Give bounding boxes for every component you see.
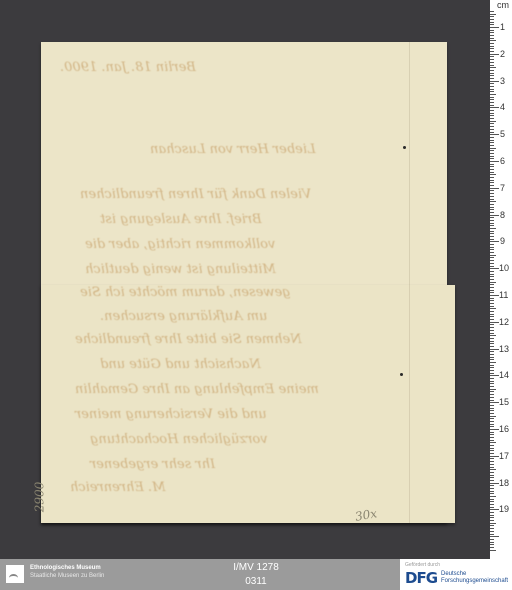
dfg-logo-icon: DFG	[405, 569, 437, 587]
ruler-tick	[490, 121, 496, 122]
ruler-tick	[490, 418, 494, 419]
ruler-tick	[490, 231, 494, 232]
ruler-tick	[490, 140, 494, 141]
ruler-tick	[490, 201, 496, 202]
ruler-tick	[490, 394, 494, 395]
handwriting-line: Vielen Dank für Ihren freundlichen	[80, 187, 311, 202]
ruler-tick	[490, 247, 494, 248]
ruler-tick	[490, 188, 499, 189]
ruler-tick	[490, 391, 494, 392]
ruler-tick	[490, 43, 494, 44]
ruler-tick	[490, 263, 494, 264]
ruler-tick	[490, 440, 494, 441]
ruler-label: 10	[499, 263, 509, 273]
ruler-tick	[490, 373, 494, 374]
ruler-tick	[490, 410, 494, 411]
ruler-tick	[490, 107, 499, 108]
handwriting-line: Lieber Herr von Luschan	[150, 142, 316, 157]
ruler-tick	[490, 531, 494, 532]
handwriting-line: vorzüglichen Hochachtung	[90, 432, 268, 447]
handwriting-line: um Aufklärung ersuchen.	[100, 309, 267, 324]
ruler-tick	[490, 367, 494, 368]
ruler-tick	[490, 164, 494, 165]
ruler-tick	[490, 217, 494, 218]
ruler-tick	[490, 94, 496, 95]
ruler-tick	[490, 343, 494, 344]
ruler-tick	[490, 182, 494, 183]
ruler-tick	[490, 223, 494, 224]
ruler-tick	[490, 83, 494, 84]
ruler-tick	[490, 215, 499, 216]
ruler-tick	[490, 501, 494, 502]
ruler-tick	[490, 370, 494, 371]
ruler-tick	[490, 319, 494, 320]
ruler-tick	[490, 40, 496, 41]
handwriting-line: gewesen, darum möchte ich Sie	[80, 285, 291, 300]
ruler-tick	[490, 158, 494, 159]
ruler-tick	[490, 528, 494, 529]
ruler-label: 9	[500, 236, 505, 246]
ruler-tick	[490, 539, 494, 540]
ruler-tick	[490, 306, 494, 307]
ruler-tick	[490, 239, 494, 240]
ruler-tick	[490, 469, 496, 470]
ruler-tick	[490, 161, 499, 162]
pencil-annotation: 2900	[32, 482, 46, 513]
ruler-tick	[490, 351, 494, 352]
ruler-tick	[490, 298, 494, 299]
handwriting-line: Brief. Ihre Auslegung ist	[100, 212, 262, 227]
ruler-tick	[490, 467, 494, 468]
ruler-tick	[490, 437, 494, 438]
ruler-tick	[490, 236, 494, 237]
ruler-tick	[490, 450, 494, 451]
dfg-name-line2: Forschungsgemeinschaft	[441, 578, 508, 584]
ruler-tick	[490, 19, 494, 20]
ruler-tick	[490, 322, 499, 323]
ruler-tick	[490, 51, 494, 52]
handwriting-line: Mitteilung ist wenig deutlich	[85, 262, 276, 277]
ruler-tick	[490, 461, 494, 462]
ruler-tick	[490, 525, 494, 526]
ruler-tick	[490, 129, 494, 130]
ruler-tick	[490, 333, 494, 334]
ruler-tick	[490, 166, 494, 167]
ink-dot	[403, 146, 406, 149]
ruler-tick	[490, 199, 494, 200]
ruler-tick	[490, 517, 494, 518]
ruler-tick	[490, 386, 494, 387]
ruler-tick	[490, 75, 494, 76]
ruler-tick	[490, 375, 499, 376]
ruler-tick	[490, 193, 494, 194]
ruler-tick	[490, 172, 494, 173]
ruler-tick	[490, 314, 494, 315]
ruler-tick	[490, 73, 494, 74]
ruler-label: 5	[500, 129, 505, 139]
ruler-tick	[490, 145, 494, 146]
ruler-tick	[490, 228, 496, 229]
ruler-tick	[490, 14, 496, 15]
dfg-name: Deutsche Forschungsgemeinschaft	[441, 571, 508, 585]
ruler-tick	[490, 295, 499, 296]
ruler-tick	[490, 448, 494, 449]
handwriting-line: meine Empfehlung an Ihre Gemahlin	[75, 382, 319, 397]
ruler-tick	[490, 255, 496, 256]
ruler-tick	[490, 290, 494, 291]
ruler-tick	[490, 303, 494, 304]
handwriting-line: und die Versicherung meiner	[75, 407, 267, 422]
ruler-tick	[490, 287, 494, 288]
ruler-tick	[490, 244, 494, 245]
ruler-tick	[490, 534, 494, 535]
dfg-name-line1: Deutsche	[441, 571, 466, 577]
ruler-tick	[490, 78, 494, 79]
ruler-tick	[490, 30, 494, 31]
ruler-tick	[490, 132, 494, 133]
ruler-tick	[490, 327, 494, 328]
handwriting-line: Berlin 18. Jan. 1900.	[60, 60, 196, 75]
ruler-tick	[490, 357, 494, 358]
ruler-tick	[490, 190, 494, 191]
ruler-label: 13	[499, 344, 509, 354]
ruler-tick	[490, 416, 496, 417]
ruler-tick	[490, 464, 494, 465]
ruler-tick	[490, 81, 499, 82]
ruler-tick	[490, 99, 494, 100]
ruler-tick	[490, 504, 494, 505]
ruler-tick	[490, 260, 494, 261]
ruler-tick	[490, 274, 494, 275]
ruler-tick	[490, 496, 496, 497]
ruler-label: 1	[500, 22, 505, 32]
ruler-label: 11	[499, 290, 508, 300]
ruler-tick	[490, 488, 494, 489]
ruler-tick	[490, 123, 494, 124]
ruler-tick	[490, 402, 499, 403]
ruler-label: 15	[499, 397, 509, 407]
ruler-tick	[490, 477, 494, 478]
ruler-tick	[490, 515, 494, 516]
ruler-tick	[490, 544, 494, 545]
ruler-tick	[490, 32, 494, 33]
ruler-tick	[490, 349, 499, 350]
ruler-tick	[490, 397, 494, 398]
ruler-tick	[490, 453, 494, 454]
ruler-tick	[490, 408, 494, 409]
ruler-tick	[490, 134, 499, 135]
ruler-tick	[490, 282, 496, 283]
dfg-panel: Gefördert durch DFG Deutsche Forschungsg…	[400, 559, 512, 590]
ruler-tick	[490, 97, 494, 98]
ink-dot	[400, 373, 403, 376]
ruler-tick	[490, 442, 496, 443]
ruler-tick	[490, 174, 496, 175]
ruler-tick	[490, 212, 494, 213]
ruler-tick	[490, 456, 499, 457]
ruler-tick	[490, 300, 494, 301]
ruler-tick	[490, 523, 496, 524]
ruler-tick	[490, 70, 494, 71]
ruler-tick	[490, 335, 496, 336]
ruler-tick	[490, 150, 494, 151]
ruler-tick	[490, 11, 494, 12]
ruler-tick	[490, 207, 494, 208]
ruler-tick	[490, 54, 499, 55]
ruler-tick	[490, 137, 494, 138]
ruler-tick	[490, 148, 496, 149]
ruler-tick	[490, 536, 499, 537]
ruler-tick	[490, 292, 494, 293]
ruler-tick	[490, 241, 499, 242]
ruler-tick	[490, 118, 494, 119]
ruler-label: 18	[499, 478, 509, 488]
ruler-tick	[490, 472, 494, 473]
ruler-tick	[490, 341, 494, 342]
ruler-tick	[490, 424, 494, 425]
ruler-tick	[490, 180, 494, 181]
ruler-tick	[490, 27, 499, 28]
ruler-tick	[490, 209, 494, 210]
ruler-label: 7	[500, 183, 505, 193]
ruler-label: 4	[500, 102, 505, 112]
ruler-tick	[490, 16, 494, 17]
ruler-tick	[490, 330, 494, 331]
ruler-label: 16	[499, 424, 509, 434]
ruler-label: 19	[499, 504, 509, 514]
ruler-tick	[490, 458, 494, 459]
ruler-tick	[490, 196, 494, 197]
ruler-tick	[490, 475, 494, 476]
ruler-tick	[490, 276, 494, 277]
ruler-tick	[490, 346, 494, 347]
ruler-tick	[490, 62, 494, 63]
ruler-tick	[490, 279, 494, 280]
ruler-tick	[490, 499, 494, 500]
ruler-tick	[490, 284, 494, 285]
ruler-tick	[490, 547, 494, 548]
ruler-tick	[490, 354, 494, 355]
ruler-tick	[490, 22, 494, 23]
ruler-tick	[490, 507, 494, 508]
ruler-tick	[490, 89, 494, 90]
ruler-tick	[490, 126, 494, 127]
ruler-label: 8	[500, 210, 505, 220]
fold-line	[409, 285, 410, 523]
ruler-tick	[490, 483, 499, 484]
ruler-tick	[490, 324, 494, 325]
ruler-tick	[490, 365, 494, 366]
ruler-tick	[490, 65, 494, 66]
ruler-tick	[490, 359, 494, 360]
ruler-tick	[490, 102, 494, 103]
ruler-tick	[490, 520, 494, 521]
handwriting-line: Ihr sehr ergebener	[90, 457, 215, 472]
ruler-tick	[490, 113, 494, 114]
ruler-unit: cm	[497, 0, 509, 10]
ruler-tick	[490, 480, 494, 481]
ruler-tick	[490, 142, 494, 143]
ruler-tick	[490, 233, 494, 234]
ruler-tick	[490, 153, 494, 154]
ruler-tick	[490, 362, 496, 363]
ruler-tick	[490, 38, 494, 39]
ruler-tick	[490, 48, 494, 49]
ruler-tick	[490, 421, 494, 422]
ruler-label: 3	[500, 76, 505, 86]
ruler-tick	[490, 311, 494, 312]
ruler-tick	[490, 413, 494, 414]
ruler-tick	[490, 35, 494, 36]
ruler-tick	[490, 485, 494, 486]
ruler-tick	[490, 271, 494, 272]
ruler-tick	[490, 46, 494, 47]
ruler-tick	[490, 493, 494, 494]
ruler-tick	[490, 432, 494, 433]
ruler-label: 17	[499, 451, 509, 461]
ruler-tick	[490, 169, 494, 170]
ruler-tick	[490, 316, 494, 317]
ruler-tick	[490, 381, 494, 382]
ruler-tick	[490, 249, 494, 250]
ruler-tick	[490, 509, 499, 510]
cm-ruler: cm 12345678910111213141516171819	[490, 0, 512, 559]
ruler-tick	[490, 204, 494, 205]
ruler-label: 6	[500, 156, 505, 166]
ruler-tick	[490, 156, 494, 157]
ruler-tick	[490, 105, 494, 106]
ruler-tick	[490, 434, 494, 435]
handwriting-line: M. Ehrenreich	[70, 480, 165, 495]
ruler-tick	[490, 220, 494, 221]
ruler-tick	[490, 86, 494, 87]
handwriting-line: vollkommen richtig, aber die	[85, 237, 275, 252]
ruler-tick	[490, 550, 496, 551]
ruler-tick	[490, 491, 494, 492]
document-viewer: Berlin 18. Jan. 1900.Lieber Herr von Lus…	[0, 0, 490, 559]
ruler-tick	[490, 383, 494, 384]
ruler-tick	[490, 67, 496, 68]
ruler-tick	[490, 338, 494, 339]
ruler-tick	[490, 177, 494, 178]
ruler-tick	[490, 429, 499, 430]
ruler-tick	[490, 56, 494, 57]
ruler-label: 2	[500, 49, 505, 59]
ruler-tick	[490, 24, 494, 25]
ruler-tick	[490, 268, 499, 269]
ruler-tick	[490, 405, 494, 406]
ruler-tick	[490, 110, 494, 111]
ruler-tick	[490, 389, 496, 390]
ruler-tick	[490, 225, 494, 226]
ruler-tick	[490, 91, 494, 92]
funding-label: Gefördert durch	[405, 562, 440, 568]
ruler-label: 14	[499, 370, 509, 380]
ruler-tick	[490, 400, 494, 401]
ruler-tick	[490, 115, 494, 116]
ruler-tick	[490, 542, 494, 543]
ruler-tick	[490, 426, 494, 427]
ruler-tick	[490, 257, 494, 258]
ruler-tick	[490, 512, 494, 513]
ruler-tick	[490, 445, 494, 446]
ruler-tick	[490, 378, 494, 379]
ruler-label: 12	[499, 317, 509, 327]
ruler-tick	[490, 185, 494, 186]
ruler-tick	[490, 308, 496, 309]
handwriting-line: Nachsicht und Güte und	[100, 357, 261, 372]
ruler-tick	[490, 266, 494, 267]
ruler-tick	[490, 252, 494, 253]
ruler-tick	[490, 59, 494, 60]
handwriting-line: Nehmen Sie bitte Ihre freundliche	[75, 332, 302, 347]
